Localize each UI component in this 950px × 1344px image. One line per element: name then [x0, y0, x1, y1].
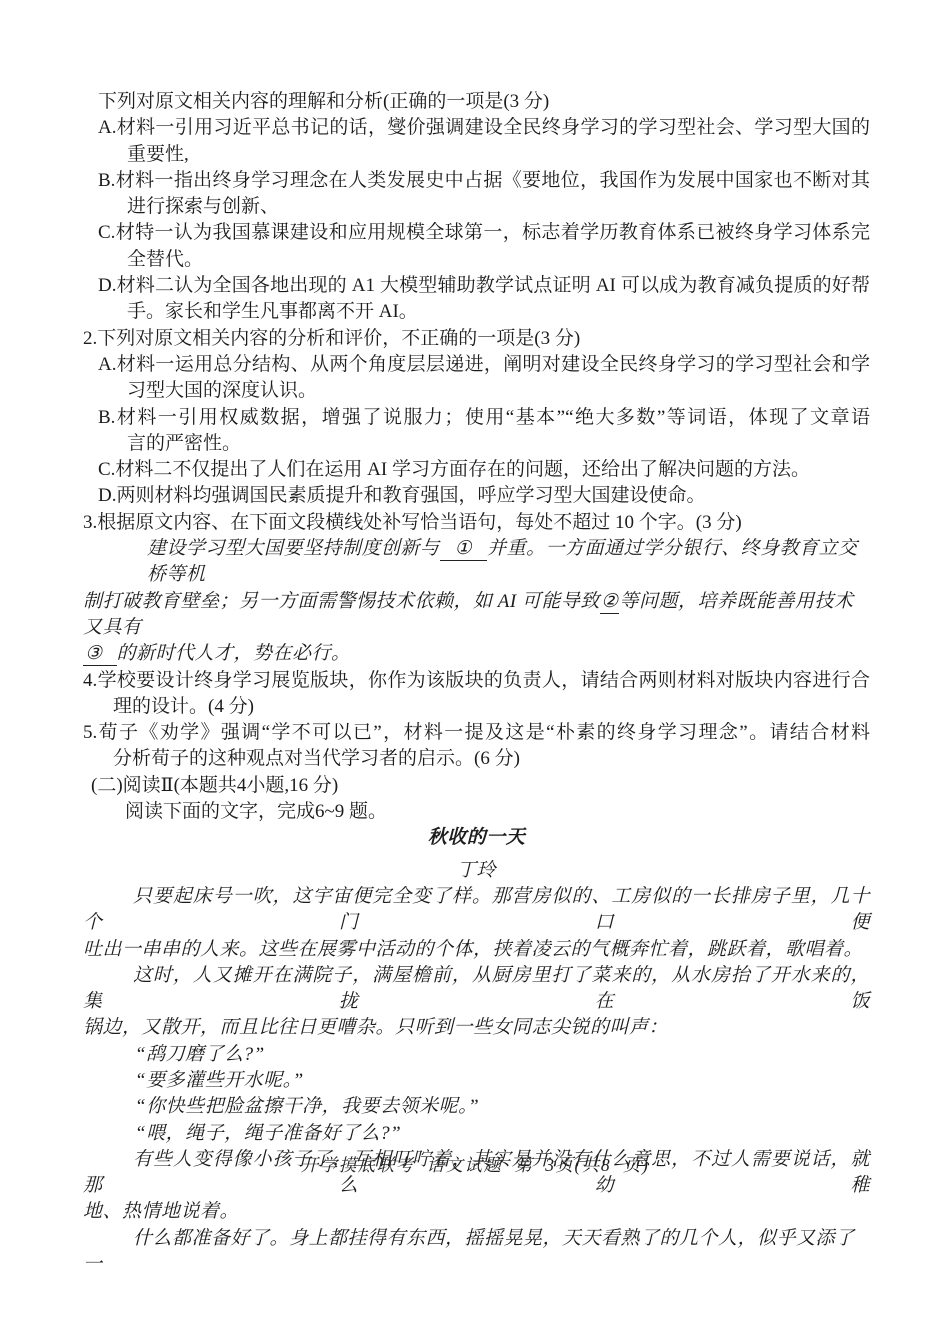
- q3-passage-line2: 制打破教育壁垒；另一方面需警惕技术依赖，如 AI 可能导致②等问题，培养既能善用…: [83, 589, 870, 642]
- q1-stem: 下列对原文相关内容的理解和分析(正确的一项是(3 分): [83, 89, 870, 115]
- passage-p1-line1: 只要起床号一吹，这宇宙便完全变了样。那营房似的、工房似的一长排房子里，几十个门口…: [83, 884, 870, 937]
- q3-passage-line3: ③的新时代人才，势在必行。: [83, 641, 870, 667]
- passage-title: 秋收的一天: [83, 825, 870, 851]
- q3-stem: 3.根据原文内容、在下面文段横线处补写恰当语句，每处不超过 10 个字。(3 分…: [83, 510, 870, 536]
- q2-option-a-line1: A.材料一运用总分结构、从两个角度层层递进，阐明对建设全民终身学习的学习型社会和…: [83, 352, 870, 378]
- passage-author: 丁玲: [83, 858, 870, 884]
- exam-paper-page: 下列对原文相关内容的理解和分析(正确的一项是(3 分) A.材料一引用习近平总书…: [0, 0, 950, 1344]
- dialogue-line-2: “要多灌些开水呢。”: [83, 1068, 870, 1094]
- q1-option-d-line1: D.材料二认为全国各地出现的 A1 大模型辅助教学试点证明 AI 可以成为教育减…: [83, 273, 870, 299]
- passage-p2-line2: 锅边，又散开，而且比往日更嘈杂。只听到一些女同志尖锐的叫声：: [83, 1015, 870, 1041]
- q3-text-1a: 建设学习型大国要坚持制度创新与: [147, 538, 440, 559]
- q3-blank-3: ③: [83, 643, 117, 666]
- page-content: 下列对原文相关内容的理解和分析(正确的一项是(3 分) A.材料一引用习近平总书…: [83, 89, 870, 1278]
- passage-p2-line1: 这时，人又摊开在满院子，满屋檐前，从厨房里打了菜来的，从水房抬了开水来的，集拢在…: [83, 963, 870, 1016]
- dialogue-line-1: “鸹刀磨了么?”: [83, 1042, 870, 1068]
- q1-option-a-line1: A.材料一引用习近平总书记的话，燮价强调建设全民终身学习的学习型社会、学习型大国…: [83, 115, 870, 141]
- passage-p4-line1: 什么都准备好了。身上都挂得有东西，摇摇晃晃，天天看熟了的几个人，似乎又添了一: [83, 1226, 870, 1279]
- section-heading: (二)阅读Ⅱ(本题共4小题,16 分): [83, 773, 870, 799]
- q3-passage-line1: 建设学习型大国要坚持制度创新与①并重。一方面通过学分银行、终身教育立交桥等机: [83, 536, 870, 589]
- q2-option-b-line2: 言的严密性。: [83, 431, 870, 457]
- q5-line1: 5.荀子《劝学》强调“学不可以已”，材料一提及这是“朴素的终身学习理念”。请结合…: [83, 720, 870, 746]
- q1-option-a-line2: 重要性,: [83, 142, 870, 168]
- q1-option-c-line1: C.材特一认为我国慕课建设和应用规模全球第一，标志着学历教育体系已被终身学习体系…: [83, 220, 870, 246]
- q1-option-b-line1: B.材料一指出终身学习理念在人类发展史中占据《要地位，我国作为发展中国家也不断对…: [83, 168, 870, 194]
- dialogue-line-4: “喂，绳子，绳子准备好了么?”: [83, 1121, 870, 1147]
- passage-p1-line2: 吐出一串串的人来。这些在展雾中活动的个体，挟着凌云的气概奔忙着，跳跃着，歌唱着。: [83, 937, 870, 963]
- q2-option-b-line1: B.材料一引用权威数据，增强了说服力；使用“基本”“绝大多数”等词语，体现了文章…: [83, 405, 870, 431]
- q1-option-d-line2: 手。家长和学生凡事都离不开 AI。: [83, 299, 870, 325]
- q1-option-b-line2: 进行探索与创新、: [83, 194, 870, 220]
- q2-option-d: D.两则材料均强调国民素质提升和教育强国，呼应学习型大国建设使命。: [83, 483, 870, 509]
- q2-option-c: C.材料二不仅提出了人们在运用 AI 学习方面存在的问题，还给出了解决问题的方法…: [83, 457, 870, 483]
- q4-line1: 4.学校要设计终身学习展览版块，你作为该版块的负责人，请结合两则材料对版块内容进…: [83, 668, 870, 694]
- q5-line2: 分析荀子的这种观点对当代学习者的启示。(6 分): [83, 746, 870, 772]
- q2-stem: 2.下列对原文相关内容的分析和评价，不正确的一项是(3 分): [83, 326, 870, 352]
- dialogue-line-3: “你快些把脸盆擦干净，我要去领米呢。”: [83, 1094, 870, 1120]
- reading-instruction: 阅读下面的文字，完成6~9 题。: [83, 799, 870, 825]
- q2-option-a-line2: 习型大国的深度认识。: [83, 378, 870, 404]
- q1-option-c-line2: 全替代。: [83, 247, 870, 273]
- passage-p3-line2: 地、热情地说着。: [83, 1199, 870, 1225]
- q3-text-2a: 制打破教育壁垒；另一方面需警惕技术依赖，如 AI 可能导致: [83, 591, 600, 612]
- q3-text-3: 的新时代人才，势在必行。: [117, 643, 351, 664]
- q3-blank-2: ②: [600, 591, 620, 614]
- q4-line2: 理的设计。(4 分): [83, 694, 870, 720]
- q3-blank-1: ①: [440, 538, 488, 561]
- page-footer: 开学摸底联考 语文试题 第 3页(共8 页): [0, 1152, 950, 1177]
